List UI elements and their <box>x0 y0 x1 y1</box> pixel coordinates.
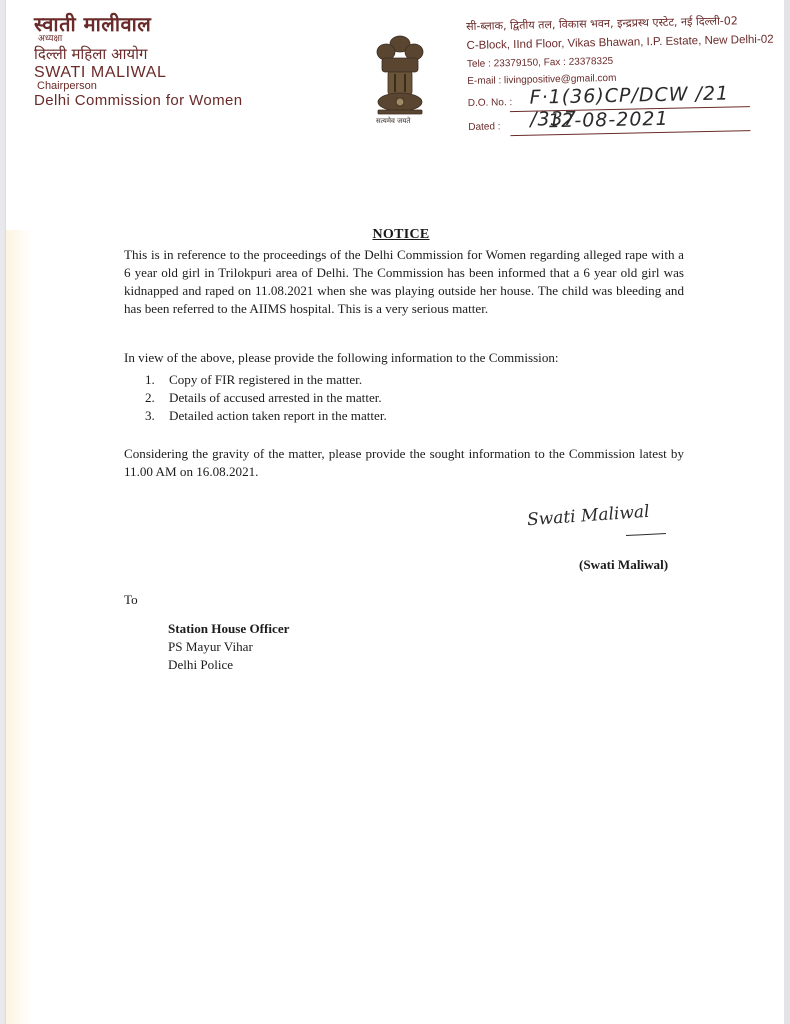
do-number-label: D.O. No. : <box>468 97 513 109</box>
notice-paragraph-1: This is in reference to the proceedings … <box>124 246 684 318</box>
notice-paragraph-3: Considering the gravity of the matter, p… <box>124 445 684 481</box>
list-item: 3.Detailed action taken report in the ma… <box>145 407 387 425</box>
recipient-department: Delhi Police <box>168 656 289 674</box>
handwritten-signature: Swati Maliwal <box>526 502 650 530</box>
org-english: Delhi Commission for Women <box>34 92 243 109</box>
dated-line <box>510 130 750 136</box>
dated-label: Dated : <box>468 121 500 133</box>
dated-row: Dated : 12-08-2021 <box>468 108 775 138</box>
signature-underline <box>626 533 666 536</box>
name-english: SWATI MALIWAL <box>34 65 243 81</box>
request-list: 1.Copy of FIR registered in the matter. … <box>145 371 387 425</box>
recipient-title: Station House Officer <box>168 620 289 638</box>
dated-value: 12-08-2021 <box>548 108 669 133</box>
org-hindi: दिल्ली महिला आयोग <box>34 44 243 64</box>
signatory-name: (Swati Maliwal) <box>579 557 668 573</box>
letterhead-left: स्वाती मालीवाल अध्यक्षा दिल्ली महिला आयो… <box>34 14 243 109</box>
letter-page: स्वाती मालीवाल अध्यक्षा दिल्ली महिला आयो… <box>6 0 784 1024</box>
notice-title: NOTICE <box>6 227 790 243</box>
to-label: To <box>124 592 138 608</box>
page-edge <box>784 0 790 1024</box>
name-hindi: स्वाती मालीवाल <box>34 14 243 34</box>
recipient-station: PS Mayur Vihar <box>168 638 289 656</box>
list-item: 2.Details of accused arrested in the mat… <box>145 389 387 407</box>
addressee-block: Station House Officer PS Mayur Vihar Del… <box>168 620 289 674</box>
list-item: 1.Copy of FIR registered in the matter. <box>145 371 387 389</box>
role-english: Chairperson <box>37 81 243 92</box>
letterhead-right: सी-ब्लाक, द्वितीय तल, विकास भवन, इन्द्रप… <box>466 12 775 138</box>
emblem-caption: सत्यमेव जयते <box>376 117 410 126</box>
notice-paragraph-2: In view of the above, please provide the… <box>124 349 684 367</box>
